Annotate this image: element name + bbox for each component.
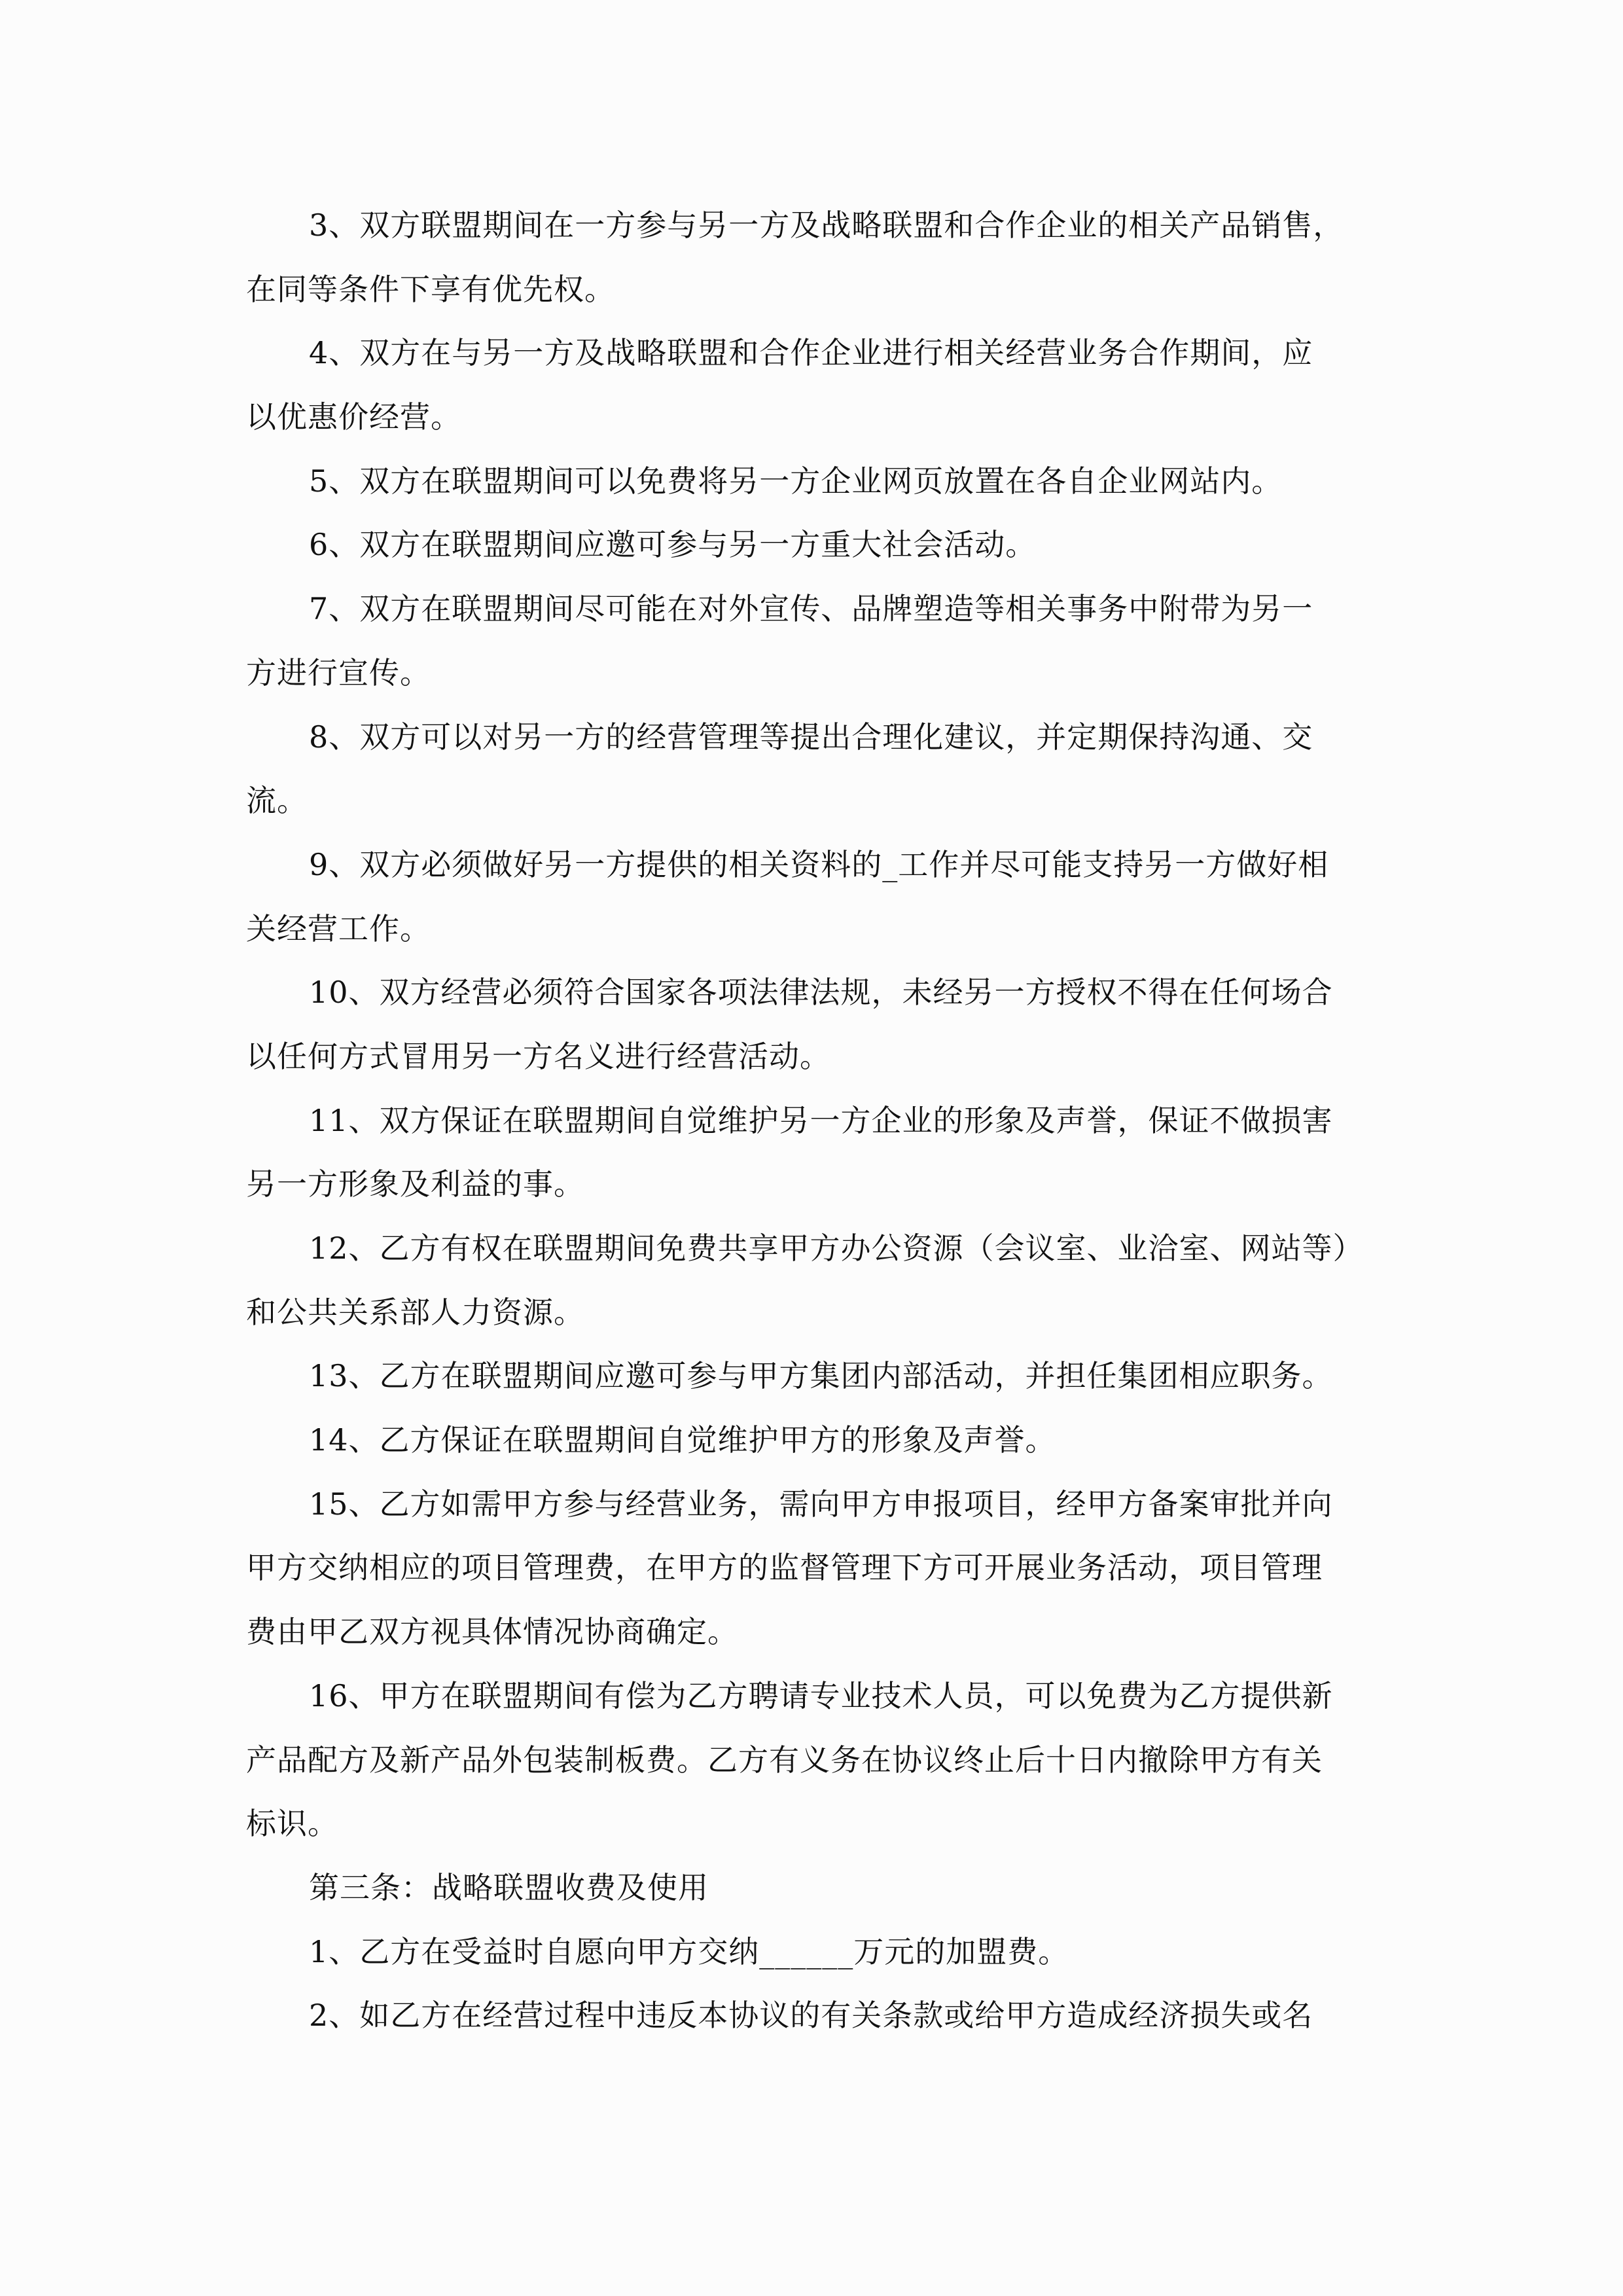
- clause-15: 15、乙方如需甲方参与经营业务，需向甲方申报项目，经甲方备案审批并向 甲方交纳相…: [246, 1473, 1398, 1664]
- clause-16-line-1: 16、甲方在联盟期间有偿为乙方聘请专业技术人员，可以免费为乙方提供新: [246, 1664, 1398, 1729]
- clause-15-line-2: 甲方交纳相应的项目管理费，在甲方的监督管理下方可开展业务活动，项目管理: [246, 1536, 1398, 1600]
- document-page: 3、双方联盟期间在一方参与另一方及战略联盟和合作企业的相关产品销售， 在同等条件…: [0, 0, 1623, 2296]
- clause-11: 11、双方保证在联盟期间自觉维护另一方企业的形象及声誉，保证不做损害 另一方形象…: [246, 1089, 1398, 1217]
- clause-10-line-1: 10、双方经营必须符合国家各项法律法规，未经另一方授权不得在任何场合: [246, 961, 1398, 1025]
- clause-13-line-1: 13、乙方在联盟期间应邀可参与甲方集团内部活动，并担任集团相应职务。: [246, 1344, 1398, 1408]
- clause-6: 6、双方在联盟期间应邀可参与另一方重大社会活动。: [246, 513, 1398, 577]
- article-3-clause-2: 2、如乙方在经营过程中违反本协议的有关条款或给甲方造成经济损失或名: [246, 1984, 1398, 2048]
- clause-14: 14、乙方保证在联盟期间自觉维护甲方的形象及声誉。: [246, 1408, 1398, 1473]
- clause-9: 9、双方必须做好另一方提供的相关资料的_工作并尽可能支持另一方做好相 关经营工作…: [246, 833, 1398, 961]
- clause-7-line-1: 7、双方在联盟期间尽可能在对外宣传、品牌塑造等相关事务中附带为另一: [246, 577, 1398, 641]
- clause-12-line-1: 12、乙方有权在联盟期间免费共享甲方办公资源（会议室、业洽室、网站等）: [246, 1217, 1398, 1281]
- clause-3-line-1: 3、双方联盟期间在一方参与另一方及战略联盟和合作企业的相关产品销售，: [246, 194, 1398, 258]
- clause-3: 3、双方联盟期间在一方参与另一方及战略联盟和合作企业的相关产品销售， 在同等条件…: [246, 194, 1398, 321]
- clause-11-line-1: 11、双方保证在联盟期间自觉维护另一方企业的形象及声誉，保证不做损害: [246, 1089, 1398, 1153]
- clause-8: 8、双方可以对另一方的经营管理等提出合理化建议，并定期保持沟通、交 流。: [246, 706, 1398, 833]
- clause-12-line-2: 和公共关系部人力资源。: [246, 1281, 1398, 1345]
- clause-6-line-1: 6、双方在联盟期间应邀可参与另一方重大社会活动。: [246, 513, 1398, 577]
- article-3-clause-1-line-1: 1、乙方在受益时自愿向甲方交纳______万元的加盟费。: [246, 1920, 1398, 1984]
- clause-4-line-2: 以优惠价经营。: [246, 386, 1398, 450]
- document-body: 3、双方联盟期间在一方参与另一方及战略联盟和合作企业的相关产品销售， 在同等条件…: [246, 194, 1398, 2048]
- clause-8-line-2: 流。: [246, 769, 1398, 833]
- clause-15-line-1: 15、乙方如需甲方参与经营业务，需向甲方申报项目，经甲方备案审批并向: [246, 1473, 1398, 1537]
- article-3-heading: 第三条：战略联盟收费及使用: [246, 1856, 1398, 1920]
- clause-15-line-3: 费由甲乙双方视具体情况协商确定。: [246, 1600, 1398, 1664]
- article-3-clause-2-line-1: 2、如乙方在经营过程中违反本协议的有关条款或给甲方造成经济损失或名: [246, 1984, 1398, 2048]
- clause-4: 4、双方在与另一方及战略联盟和合作企业进行相关经营业务合作期间，应 以优惠价经营…: [246, 321, 1398, 449]
- clause-8-line-1: 8、双方可以对另一方的经营管理等提出合理化建议，并定期保持沟通、交: [246, 706, 1398, 770]
- clause-12: 12、乙方有权在联盟期间免费共享甲方办公资源（会议室、业洽室、网站等） 和公共关…: [246, 1217, 1398, 1344]
- clause-13: 13、乙方在联盟期间应邀可参与甲方集团内部活动，并担任集团相应职务。: [246, 1344, 1398, 1408]
- clause-11-line-2: 另一方形象及利益的事。: [246, 1153, 1398, 1217]
- clause-16-line-3: 标识。: [246, 1792, 1398, 1856]
- article-3-clause-1: 1、乙方在受益时自愿向甲方交纳______万元的加盟费。: [246, 1920, 1398, 1984]
- clause-4-line-1: 4、双方在与另一方及战略联盟和合作企业进行相关经营业务合作期间，应: [246, 321, 1398, 386]
- clause-7: 7、双方在联盟期间尽可能在对外宣传、品牌塑造等相关事务中附带为另一 方进行宣传。: [246, 577, 1398, 705]
- clause-5: 5、双方在联盟期间可以免费将另一方企业网页放置在各自企业网站内。: [246, 450, 1398, 514]
- clause-9-line-2: 关经营工作。: [246, 897, 1398, 961]
- clause-9-line-1: 9、双方必须做好另一方提供的相关资料的_工作并尽可能支持另一方做好相: [246, 833, 1398, 897]
- article-3-heading-text: 第三条：战略联盟收费及使用: [246, 1856, 1398, 1920]
- clause-5-line-1: 5、双方在联盟期间可以免费将另一方企业网页放置在各自企业网站内。: [246, 450, 1398, 514]
- clause-7-line-2: 方进行宣传。: [246, 641, 1398, 706]
- clause-16: 16、甲方在联盟期间有偿为乙方聘请专业技术人员，可以免费为乙方提供新 产品配方及…: [246, 1664, 1398, 1856]
- clause-16-line-2: 产品配方及新产品外包装制板费。乙方有义务在协议终止后十日内撤除甲方有关: [246, 1729, 1398, 1793]
- clause-10: 10、双方经营必须符合国家各项法律法规，未经另一方授权不得在任何场合 以任何方式…: [246, 961, 1398, 1088]
- clause-3-line-2: 在同等条件下享有优先权。: [246, 258, 1398, 322]
- clause-10-line-2: 以任何方式冒用另一方名义进行经营活动。: [246, 1025, 1398, 1089]
- clause-14-line-1: 14、乙方保证在联盟期间自觉维护甲方的形象及声誉。: [246, 1408, 1398, 1473]
